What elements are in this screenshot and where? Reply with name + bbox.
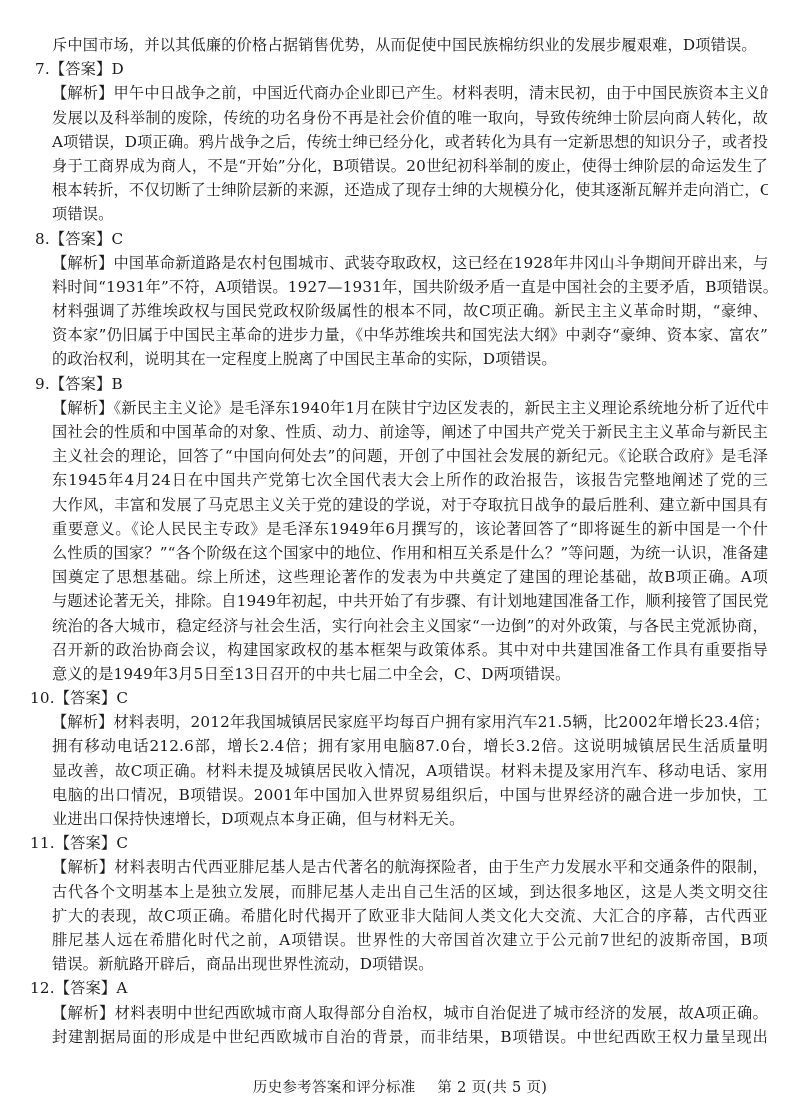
analysis-line: 国奠定了思想基础。综上所述，这些理论著作的发表为中共奠定了建国的理论基础，故B项… <box>0 565 800 589</box>
analysis-line: 主义社会的理论，回答了“中国向何处去”的问题，开创了中国社会发展的新纪元。《论联… <box>0 444 800 468</box>
analysis-line: 的政治权利，说明其在一定程度上脱离了中国民主革命的实际，D项错误。 <box>0 347 800 371</box>
analysis-line: A项错误，D项正确。鸦片战争之后，传统士绅已经分化，或者转化为具有一定新思想的知… <box>0 130 800 154</box>
question-11-answer: 11.【答案】C <box>0 831 800 855</box>
analysis-line: 【解析】《新民主主义论》是毛泽东1940年1月在陕甘宁边区发表的，新民主主义理论… <box>0 396 800 420</box>
analysis-line: 【解析】材料表明，2012年我国城镇居民家庭平均每百户拥有家用汽车21.5辆，比… <box>0 710 800 734</box>
analysis-line: 【解析】甲午中日战争之前，中国近代商办企业即已产生。材料表明，清末民初，由于中国… <box>0 81 800 105</box>
analysis-line: 项错误。 <box>0 202 800 226</box>
analysis-line: 发展以及科举制的废除，传统的功名身份不再是社会价值的唯一取向，导致传统绅士阶层向… <box>0 106 800 130</box>
footer-title: 历史参考答案和评分标准 <box>253 1080 416 1096</box>
analysis-line: 身于工商界成为商人，不是“开始”分化，B项错误。20世纪初科举制的废止，使得士绅… <box>0 154 800 178</box>
answer-label: 【答案】B <box>50 375 123 393</box>
answer-label: 【答案】C <box>50 230 123 248</box>
analysis-line: 【解析】材料表明古代西亚腓尼基人是古代著名的航海探险者，由于生产力发展水平和交通… <box>0 855 800 879</box>
analysis-line: 古代各个文明基本上是独立发展，而腓尼基人走出自己生活的区域，到达很多地区，这是人… <box>0 880 800 904</box>
question-12-answer: 12.【答案】A <box>0 976 800 1000</box>
question-number: 10. <box>30 689 55 707</box>
analysis-line: 拥有移动电话212.6部，增长2.4倍；拥有家用电脑87.0台，增长3.2倍。这… <box>0 734 800 758</box>
analysis-line: 召开新的政治协商会议，构建国家政权的基本框架与政策体系。其中对中共建国准备工作具… <box>0 638 800 662</box>
analysis-line: 【解析】材料表明中世纪西欧城市商人取得部分自治权，城市自治促进了城市经济的发展，… <box>0 1001 800 1025</box>
analysis-line: 扩大的表现，故C项正确。希腊化时代揭开了欧亚非大陆间人类文化大交流、大汇合的序幕… <box>0 904 800 928</box>
analysis-line: 显改善，故C项正确。材料未提及城镇居民收入情况，A项错误。材料未提及家用汽车、移… <box>0 759 800 783</box>
analysis-line: 错误。新航路开辟后，商品出现世界性流动，D项错误。 <box>0 952 800 976</box>
analysis-line: 大作风，丰富和发展了马克思主义关于党的建设的学说，对于夺取抗日战争的最后胜利、建… <box>0 493 800 517</box>
analysis-line: 【解析】中国革命新道路是农村包围城市、武装夺取政权，这已经在1928年井冈山斗争… <box>0 251 800 275</box>
continuation-line: 斥中国市场，并以其低廉的价格占据销售优势，从而促使中国民族棉纺织业的发展步履艰难… <box>0 33 800 57</box>
question-number: 12. <box>30 979 55 997</box>
analysis-line: 料时间“1931年”不符，A项错误。1927—1931年，国共阶级矛盾一直是中国… <box>0 275 800 299</box>
answer-label: 【答案】A <box>55 979 128 997</box>
analysis-line: 意义的是1949年3月5日至13日召开的中共七届二中全会，C、D两项错误。 <box>0 662 800 686</box>
analysis-line: 封建割据局面的形成是中世纪西欧城市自治的背景，而非结果，B项错误。中世纪西欧王权… <box>0 1025 800 1049</box>
question-number: 9. <box>35 375 50 393</box>
analysis-line: 东1945年4月24日在中国共产党第七次全国代表大会上所作的政治报告，该报告完整… <box>0 468 800 492</box>
answer-label: 【答案】C <box>55 834 128 852</box>
answer-key-page: 斥中国市场，并以其低廉的价格占据销售优势，从而促使中国民族棉纺织业的发展步履艰难… <box>0 33 800 1049</box>
page-footer: 历史参考答案和评分标准 第 2 页(共 5 页) <box>0 1076 800 1097</box>
analysis-line: 国社会的性质和中国革命的对象、性质、动力、前途等，阐述了中国共产党关于新民主主义… <box>0 420 800 444</box>
question-number: 11. <box>30 834 55 852</box>
analysis-line: 材料强调了苏维埃政权与国民党政权阶级属性的根本不同，故C项正确。新民主主义革命时… <box>0 299 800 323</box>
question-number: 7. <box>35 60 50 78</box>
answer-label: 【答案】D <box>50 60 124 78</box>
question-9-answer: 9.【答案】B <box>0 372 800 396</box>
analysis-line: 与题述论著无关，排除。自1949年初起，中共开始了有步骤、有计划地建国准备工作，… <box>0 589 800 613</box>
analysis-line: 统治的各大城市，稳定经济与社会生活，实行向社会主义国家“一边倒”的对外政策，与各… <box>0 614 800 638</box>
analysis-line: 重要意义。《论人民民主专政》是毛泽东1949年6月撰写的，该论著回答了“即将诞生… <box>0 517 800 541</box>
analysis-line: 电脑的出口情况，B项错误。2001年中国加入世界贸易组织后，中国与世界经济的融合… <box>0 783 800 807</box>
analysis-line: 根本转折，不仅切断了士绅阶层新的来源，还造成了现存士绅的大规模分化，使其逐渐瓦解… <box>0 178 800 202</box>
question-number: 8. <box>35 230 50 248</box>
question-10-answer: 10.【答案】C <box>0 686 800 710</box>
analysis-line: 腓尼基人远在希腊化时代之前，A项错误。世界性的大帝国首次建立于公元前7世纪的波斯… <box>0 928 800 952</box>
question-7-answer: 7.【答案】D <box>0 57 800 81</box>
analysis-line: 业进出口保持快速增长，D项观点本身正确，但与材料无关。 <box>0 807 800 831</box>
question-8-answer: 8.【答案】C <box>0 227 800 251</box>
analysis-line: 么性质的国家？”“各个阶级在这个国家中的地位、作用和相互关系是什么？”等问题，为… <box>0 541 800 565</box>
page-number: 第 2 页(共 5 页) <box>437 1080 547 1096</box>
answer-label: 【答案】C <box>55 689 128 707</box>
analysis-line: 资本家”仍旧属于中国民主革命的进步力量，《中华苏维埃共和国宪法大纲》中剥夺“豪绅… <box>0 323 800 347</box>
